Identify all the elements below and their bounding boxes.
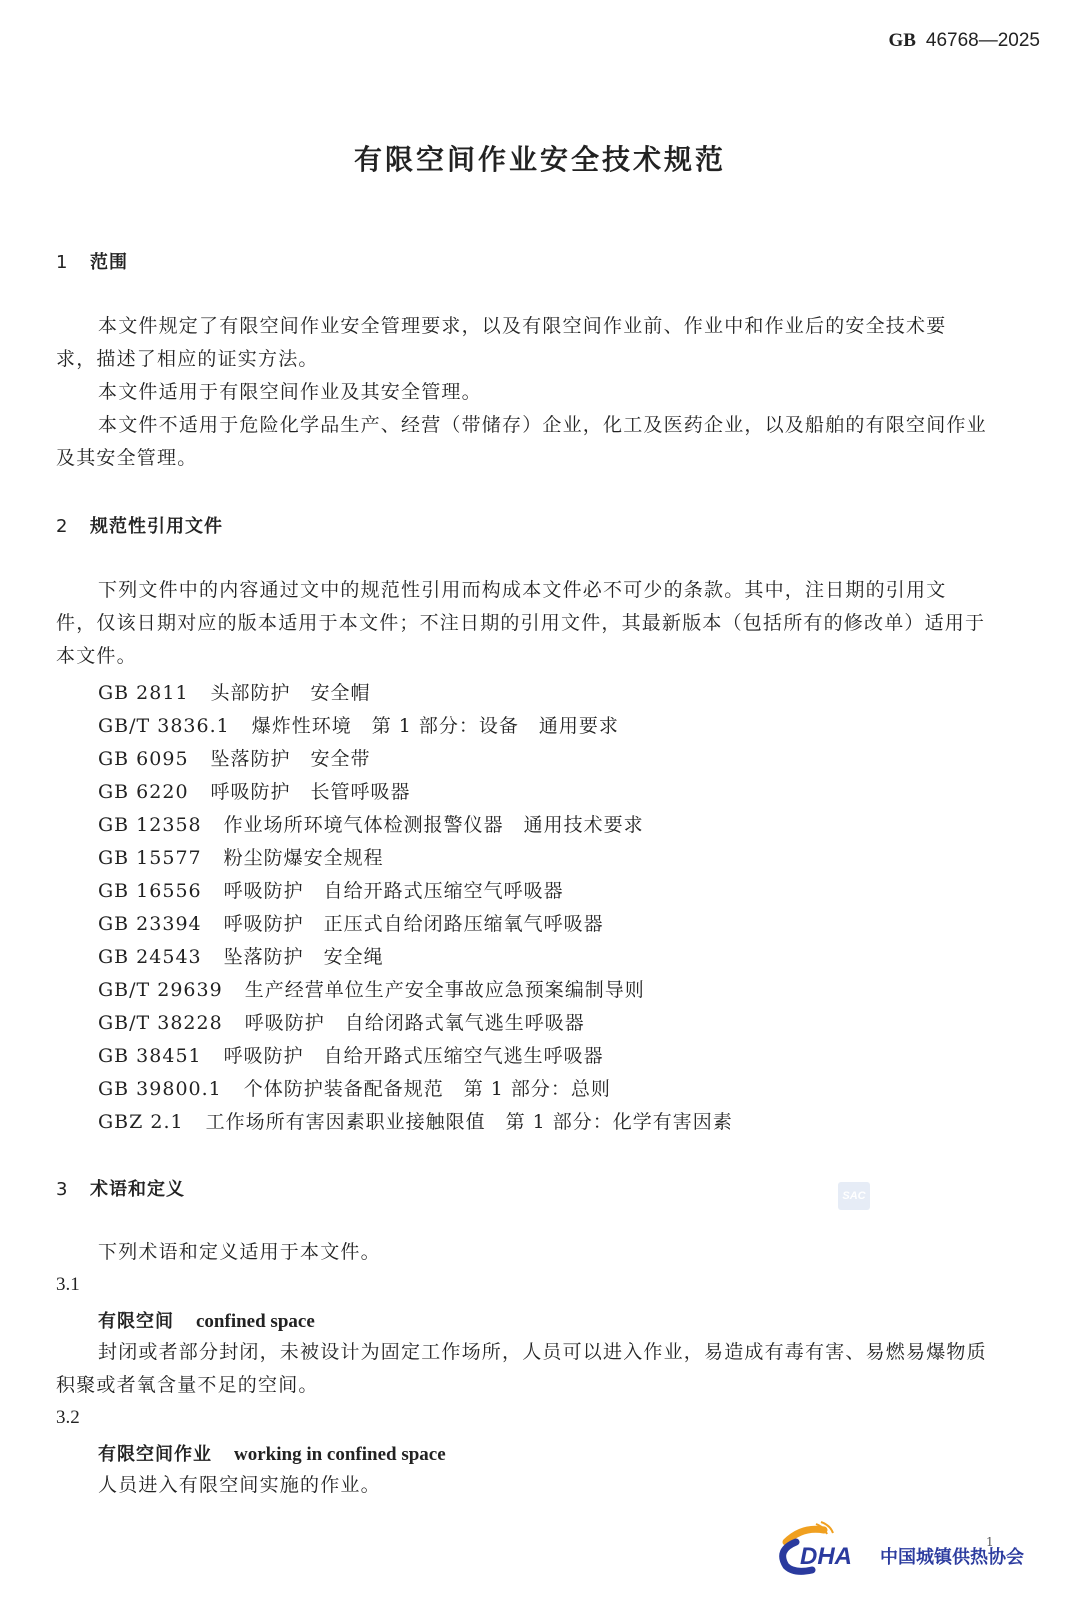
reference-item: GB 39800.1个体防护装备配备规范 第 1 部分：总则: [98, 1074, 611, 1101]
reference-code: GB/T 29639: [98, 979, 223, 1001]
paragraph: 下列文件中的内容通过文中的规范性引用而构成本文件必不可少的条款。其中，注日期的引…: [98, 574, 946, 607]
org-name: 中国城镇供热协会: [880, 1543, 1024, 1569]
reference-item: GB 2811头部防护 安全帽: [98, 678, 371, 705]
reference-item: GB/T 3836.1爆炸性环境 第 1 部分：设备 通用要求: [98, 711, 619, 738]
term-zh: 有限空间作业: [98, 1444, 212, 1465]
reference-item: GB 6095坠落防护 安全带: [98, 744, 371, 771]
reference-title: 坠落防护 安全带: [211, 748, 371, 770]
reference-code: GB 2811: [98, 682, 189, 704]
section-1-heading: 1范围: [56, 248, 128, 274]
term-en: working in confined space: [234, 1444, 446, 1465]
section-number: 3: [56, 1179, 90, 1200]
reference-code: GB 6095: [98, 748, 189, 770]
paragraph: 下列术语和定义适用于本文件。: [98, 1236, 381, 1269]
reference-code: GB 39800.1: [98, 1078, 222, 1100]
reference-code: GB 23394: [98, 913, 202, 935]
paragraph: 及其安全管理。: [56, 442, 197, 475]
standard-prefix: GB: [888, 30, 915, 51]
reference-code: GB/T 38228: [98, 1012, 223, 1034]
reference-item: GB 16556呼吸防护 自给开路式压缩空气呼吸器: [98, 876, 564, 903]
reference-item: GB 12358作业场所环境气体检测报警仪器 通用技术要求: [98, 810, 644, 837]
term-heading: 有限空间作业working in confined space: [98, 1440, 446, 1466]
standard-number: GB46768—2025: [888, 30, 1040, 52]
definition: 积聚或者氧含量不足的空间。: [56, 1369, 319, 1402]
paragraph: 本文件适用于有限空间作业及其安全管理。: [98, 376, 482, 409]
reference-title: 呼吸防护 正压式自给闭路压缩氧气呼吸器: [224, 913, 604, 935]
paragraph: 本文件不适用于危险化学品生产、经营（带储存）企业，化工及医药企业，以及船舶的有限…: [98, 409, 987, 442]
reference-title: 头部防护 安全帽: [211, 682, 371, 704]
reference-title: 呼吸防护 自给开路式压缩空气逃生呼吸器: [224, 1045, 604, 1067]
reference-title: 呼吸防护 自给开路式压缩空气呼吸器: [224, 880, 564, 902]
reference-code: GB 16556: [98, 880, 202, 902]
document-title: 有限空间作业安全技术规范: [0, 138, 1080, 178]
dha-logo-icon: DHA: [772, 1520, 872, 1580]
term-en: confined space: [196, 1311, 315, 1332]
reference-title: 工作场所有害因素职业接触限值 第 1 部分：化学有害因素: [206, 1111, 733, 1133]
section-number: 2: [56, 516, 90, 537]
definition: 人员进入有限空间实施的作业。: [98, 1469, 381, 1502]
term-number: 3.2: [56, 1407, 80, 1429]
term-number: 3.1: [56, 1274, 80, 1296]
definition: 封闭或者部分封闭，未被设计为固定工作场所，人员可以进入作业，易造成有毒有害、易燃…: [98, 1336, 987, 1369]
svg-text:DHA: DHA: [800, 1543, 852, 1570]
reference-code: GB 15577: [98, 847, 202, 869]
standard-code: 46768—2025: [926, 30, 1040, 51]
reference-title: 坠落防护 安全绳: [224, 946, 384, 968]
paragraph: 本文件。: [56, 640, 137, 673]
reference-item: GB 38451呼吸防护 自给开路式压缩空气逃生呼吸器: [98, 1041, 604, 1068]
section-title: 术语和定义: [90, 1179, 185, 1200]
reference-item: GB/T 38228呼吸防护 自给闭路式氧气逃生呼吸器: [98, 1008, 585, 1035]
reference-code: GB 12358: [98, 814, 202, 836]
reference-item: GB 6220呼吸防护 长管呼吸器: [98, 777, 411, 804]
section-number: 1: [56, 252, 90, 273]
reference-code: GB 6220: [98, 781, 189, 803]
reference-item: GB 23394呼吸防护 正压式自给闭路压缩氧气呼吸器: [98, 909, 604, 936]
term-zh: 有限空间: [98, 1311, 174, 1332]
paragraph: 求，描述了相应的证实方法。: [56, 343, 319, 376]
reference-title: 呼吸防护 长管呼吸器: [211, 781, 411, 803]
reference-item: GB/T 29639生产经营单位生产安全事故应急预案编制导则: [98, 975, 645, 1002]
reference-item: GBZ 2.1工作场所有害因素职业接触限值 第 1 部分：化学有害因素: [98, 1107, 733, 1134]
reference-title: 个体防护装备配备规范 第 1 部分：总则: [244, 1078, 611, 1100]
reference-title: 爆炸性环境 第 1 部分：设备 通用要求: [252, 715, 619, 737]
reference-title: 作业场所环境气体检测报警仪器 通用技术要求: [224, 814, 644, 836]
term-heading: 有限空间confined space: [98, 1307, 315, 1333]
reference-title: 生产经营单位生产安全事故应急预案编制导则: [245, 979, 645, 1001]
section-title: 规范性引用文件: [90, 516, 223, 537]
reference-item: GB 24543坠落防护 安全绳: [98, 942, 384, 969]
section-3-heading: 3术语和定义: [56, 1175, 185, 1201]
sac-watermark-icon: SAC: [838, 1182, 870, 1210]
reference-item: GB 15577粉尘防爆安全规程: [98, 843, 384, 870]
section-2-heading: 2规范性引用文件: [56, 512, 223, 538]
paragraph: 件，仅该日期对应的版本适用于本文件；不注日期的引用文件，其最新版本（包括所有的修…: [56, 607, 985, 640]
paragraph: 本文件规定了有限空间作业安全管理要求，以及有限空间作业前、作业中和作业后的安全技…: [98, 310, 946, 343]
reference-code: GB/T 3836.1: [98, 715, 230, 737]
reference-code: GB 24543: [98, 946, 202, 968]
reference-title: 粉尘防爆安全规程: [224, 847, 384, 869]
reference-code: GB 38451: [98, 1045, 202, 1067]
reference-code: GBZ 2.1: [98, 1111, 184, 1133]
reference-title: 呼吸防护 自给闭路式氧气逃生呼吸器: [245, 1012, 585, 1034]
section-title: 范围: [90, 252, 128, 273]
